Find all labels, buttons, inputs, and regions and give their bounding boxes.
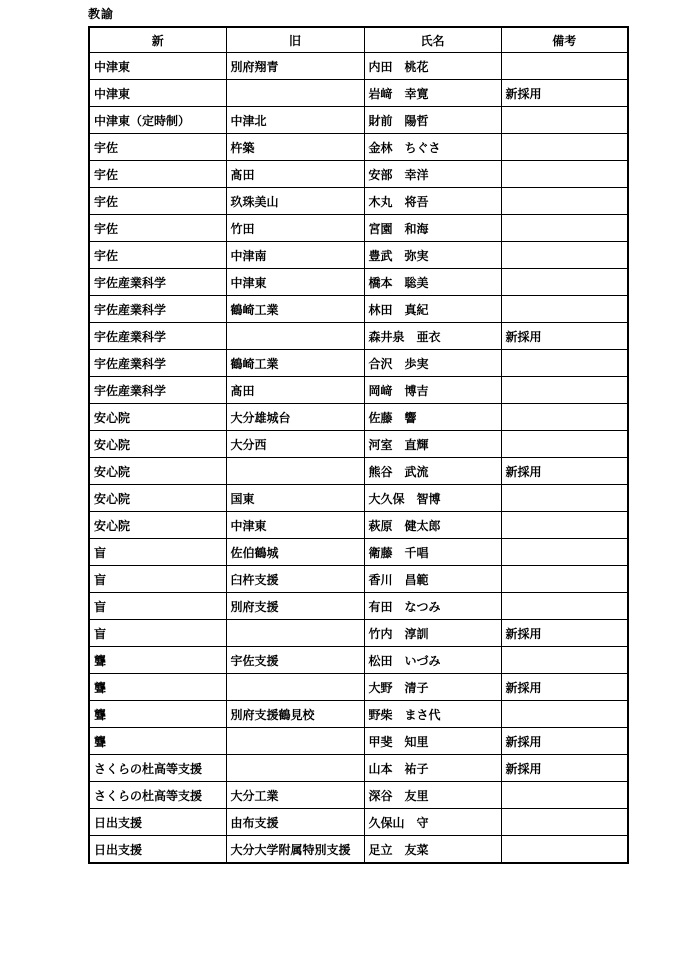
- table-row: 盲 竹内 淳訓 新採用: [89, 620, 628, 647]
- cell-person-name: 木丸 将吾: [364, 188, 501, 215]
- cell-old-school: 佐伯鶴城: [226, 539, 364, 566]
- cell-remark: [501, 161, 628, 188]
- cell-old-school: 鶴崎工業: [226, 350, 364, 377]
- cell-new-school: 宇佐産業科学: [89, 269, 226, 296]
- cell-remark: [501, 404, 628, 431]
- cell-old-school: 玖珠美山: [226, 188, 364, 215]
- cell-new-school: 宇佐: [89, 188, 226, 215]
- cell-new-school: さくらの杜高等支援: [89, 782, 226, 809]
- cell-remark: [501, 350, 628, 377]
- cell-old-school: [226, 323, 364, 350]
- cell-person-name: 橋本 聡美: [364, 269, 501, 296]
- cell-remark: 新採用: [501, 80, 628, 107]
- table-row: 宇佐 髙田 安部 幸洋: [89, 161, 628, 188]
- cell-remark: [501, 836, 628, 864]
- cell-remark: [501, 512, 628, 539]
- cell-old-school: 中津南: [226, 242, 364, 269]
- cell-old-school: 国東: [226, 485, 364, 512]
- cell-remark: [501, 647, 628, 674]
- cell-new-school: 聾: [89, 701, 226, 728]
- cell-person-name: 山本 祐子: [364, 755, 501, 782]
- cell-remark: [501, 782, 628, 809]
- column-header-old: 旧: [226, 27, 364, 53]
- table-header: 新 旧 氏名 備考: [89, 27, 628, 53]
- cell-person-name: 宮園 和海: [364, 215, 501, 242]
- table-row: 安心院 大分雄城台 佐藤 響: [89, 404, 628, 431]
- cell-new-school: 宇佐: [89, 215, 226, 242]
- table-row: 宇佐 竹田 宮園 和海: [89, 215, 628, 242]
- cell-person-name: 佐藤 響: [364, 404, 501, 431]
- cell-new-school: 安心院: [89, 458, 226, 485]
- cell-remark: 新採用: [501, 674, 628, 701]
- cell-new-school: 日出支援: [89, 836, 226, 864]
- table-row: 宇佐 中津南 豊武 弥実: [89, 242, 628, 269]
- cell-old-school: 宇佐支援: [226, 647, 364, 674]
- table-row: 安心院 熊谷 武流 新採用: [89, 458, 628, 485]
- cell-new-school: 日出支援: [89, 809, 226, 836]
- cell-remark: [501, 242, 628, 269]
- table-row: 日出支援 大分大学附属特別支援 足立 友菜: [89, 836, 628, 864]
- cell-person-name: 久保山 守: [364, 809, 501, 836]
- cell-new-school: 宇佐産業科学: [89, 377, 226, 404]
- cell-person-name: 安部 幸洋: [364, 161, 501, 188]
- table-row: 聾 別府支援鶴見校 野柴 まさ代: [89, 701, 628, 728]
- table-row: 中津東（定時制） 中津北 財前 陽哲: [89, 107, 628, 134]
- cell-old-school: 別府支援鶴見校: [226, 701, 364, 728]
- cell-person-name: 甲斐 知里: [364, 728, 501, 755]
- table-row: 聾 甲斐 知里 新採用: [89, 728, 628, 755]
- cell-person-name: 財前 陽哲: [364, 107, 501, 134]
- table-row: 宇佐 玖珠美山 木丸 将吾: [89, 188, 628, 215]
- cell-new-school: 中津東: [89, 80, 226, 107]
- cell-remark: [501, 296, 628, 323]
- cell-old-school: 中津北: [226, 107, 364, 134]
- table-row: 安心院 大分西 河室 直輝: [89, 431, 628, 458]
- table-row: 宇佐 杵築 金林 ちぐさ: [89, 134, 628, 161]
- cell-old-school: 中津東: [226, 269, 364, 296]
- cell-old-school: 別府支援: [226, 593, 364, 620]
- cell-old-school: 髙田: [226, 377, 364, 404]
- cell-remark: [501, 593, 628, 620]
- document-title: 教諭: [88, 5, 114, 22]
- cell-new-school: 安心院: [89, 431, 226, 458]
- cell-person-name: 河室 直輝: [364, 431, 501, 458]
- cell-new-school: 盲: [89, 566, 226, 593]
- cell-new-school: 中津東: [89, 53, 226, 80]
- cell-new-school: さくらの杜高等支援: [89, 755, 226, 782]
- cell-remark: [501, 431, 628, 458]
- cell-old-school: [226, 755, 364, 782]
- cell-new-school: 盲: [89, 620, 226, 647]
- cell-old-school: [226, 80, 364, 107]
- cell-remark: 新採用: [501, 323, 628, 350]
- table-body: 中津東 別府翔青 内田 桃花 中津東 岩﨑 幸寛 新採用 中津東（定時制） 中津…: [89, 53, 628, 864]
- cell-old-school: [226, 728, 364, 755]
- cell-person-name: 野柴 まさ代: [364, 701, 501, 728]
- cell-new-school: 宇佐: [89, 134, 226, 161]
- cell-new-school: 宇佐産業科学: [89, 323, 226, 350]
- cell-old-school: 大分大学附属特別支援: [226, 836, 364, 864]
- cell-old-school: 髙田: [226, 161, 364, 188]
- cell-new-school: 安心院: [89, 485, 226, 512]
- cell-person-name: 森井泉 亜衣: [364, 323, 501, 350]
- cell-new-school: 盲: [89, 539, 226, 566]
- cell-person-name: 有田 なつみ: [364, 593, 501, 620]
- cell-remark: [501, 269, 628, 296]
- table-row: 盲 佐伯鶴城 衛藤 千唱: [89, 539, 628, 566]
- cell-new-school: 盲: [89, 593, 226, 620]
- cell-remark: [501, 809, 628, 836]
- document-page: 教諭 新 旧 氏名 備考 中津東 別府翔青 内田 桃花 中津東 岩﨑 幸寛 新採…: [0, 0, 680, 961]
- cell-remark: [501, 215, 628, 242]
- cell-person-name: 大野 清子: [364, 674, 501, 701]
- cell-new-school: 宇佐産業科学: [89, 350, 226, 377]
- cell-remark: [501, 701, 628, 728]
- cell-old-school: 鶴崎工業: [226, 296, 364, 323]
- cell-remark: [501, 134, 628, 161]
- cell-person-name: 深谷 友里: [364, 782, 501, 809]
- cell-remark: 新採用: [501, 620, 628, 647]
- table-row: 宇佐産業科学 髙田 岡﨑 博吉: [89, 377, 628, 404]
- cell-person-name: 豊武 弥実: [364, 242, 501, 269]
- table-row: 宇佐産業科学 鶴崎工業 合沢 歩実: [89, 350, 628, 377]
- cell-new-school: 聾: [89, 728, 226, 755]
- cell-old-school: 大分雄城台: [226, 404, 364, 431]
- cell-person-name: 松田 いづみ: [364, 647, 501, 674]
- teacher-transfer-table: 新 旧 氏名 備考 中津東 別府翔青 内田 桃花 中津東 岩﨑 幸寛 新採用 中…: [88, 26, 629, 864]
- cell-old-school: [226, 620, 364, 647]
- table-row: 日出支援 由布支援 久保山 守: [89, 809, 628, 836]
- cell-remark: [501, 539, 628, 566]
- cell-person-name: 香川 昌範: [364, 566, 501, 593]
- cell-new-school: 中津東（定時制）: [89, 107, 226, 134]
- cell-person-name: 足立 友菜: [364, 836, 501, 864]
- column-header-name: 氏名: [364, 27, 501, 53]
- cell-remark: [501, 53, 628, 80]
- cell-person-name: 林田 真紀: [364, 296, 501, 323]
- cell-person-name: 合沢 歩実: [364, 350, 501, 377]
- cell-old-school: [226, 674, 364, 701]
- cell-old-school: 大分工業: [226, 782, 364, 809]
- column-header-new: 新: [89, 27, 226, 53]
- cell-new-school: 宇佐産業科学: [89, 296, 226, 323]
- table-row: 宇佐産業科学 森井泉 亜衣 新採用: [89, 323, 628, 350]
- cell-old-school: 中津東: [226, 512, 364, 539]
- table-row: 盲 別府支援 有田 なつみ: [89, 593, 628, 620]
- cell-old-school: 別府翔青: [226, 53, 364, 80]
- cell-new-school: 聾: [89, 647, 226, 674]
- table-row: さくらの杜高等支援 大分工業 深谷 友里: [89, 782, 628, 809]
- table-row: 聾 宇佐支援 松田 いづみ: [89, 647, 628, 674]
- cell-remark: [501, 377, 628, 404]
- cell-person-name: 岡﨑 博吉: [364, 377, 501, 404]
- header-row: 新 旧 氏名 備考: [89, 27, 628, 53]
- table-row: 盲 臼杵支援 香川 昌範: [89, 566, 628, 593]
- cell-new-school: 宇佐: [89, 242, 226, 269]
- cell-old-school: 大分西: [226, 431, 364, 458]
- cell-person-name: 岩﨑 幸寛: [364, 80, 501, 107]
- cell-remark: [501, 188, 628, 215]
- cell-person-name: 内田 桃花: [364, 53, 501, 80]
- cell-old-school: [226, 458, 364, 485]
- table-row: 安心院 国東 大久保 智博: [89, 485, 628, 512]
- table-row: さくらの杜高等支援 山本 祐子 新採用: [89, 755, 628, 782]
- table-row: 中津東 岩﨑 幸寛 新採用: [89, 80, 628, 107]
- cell-old-school: 臼杵支援: [226, 566, 364, 593]
- cell-remark: [501, 485, 628, 512]
- cell-new-school: 安心院: [89, 512, 226, 539]
- cell-remark: 新採用: [501, 728, 628, 755]
- cell-remark: 新採用: [501, 458, 628, 485]
- cell-new-school: 聾: [89, 674, 226, 701]
- cell-remark: [501, 566, 628, 593]
- cell-person-name: 衛藤 千唱: [364, 539, 501, 566]
- table-row: 宇佐産業科学 中津東 橋本 聡美: [89, 269, 628, 296]
- cell-new-school: 安心院: [89, 404, 226, 431]
- cell-old-school: 竹田: [226, 215, 364, 242]
- table-row: 中津東 別府翔青 内田 桃花: [89, 53, 628, 80]
- cell-new-school: 宇佐: [89, 161, 226, 188]
- table-row: 宇佐産業科学 鶴崎工業 林田 真紀: [89, 296, 628, 323]
- column-header-note: 備考: [501, 27, 628, 53]
- cell-person-name: 金林 ちぐさ: [364, 134, 501, 161]
- cell-old-school: 杵築: [226, 134, 364, 161]
- cell-old-school: 由布支援: [226, 809, 364, 836]
- cell-person-name: 萩原 健太郎: [364, 512, 501, 539]
- table-row: 聾 大野 清子 新採用: [89, 674, 628, 701]
- cell-person-name: 熊谷 武流: [364, 458, 501, 485]
- table-row: 安心院 中津東 萩原 健太郎: [89, 512, 628, 539]
- cell-person-name: 大久保 智博: [364, 485, 501, 512]
- cell-remark: [501, 107, 628, 134]
- cell-person-name: 竹内 淳訓: [364, 620, 501, 647]
- cell-remark: 新採用: [501, 755, 628, 782]
